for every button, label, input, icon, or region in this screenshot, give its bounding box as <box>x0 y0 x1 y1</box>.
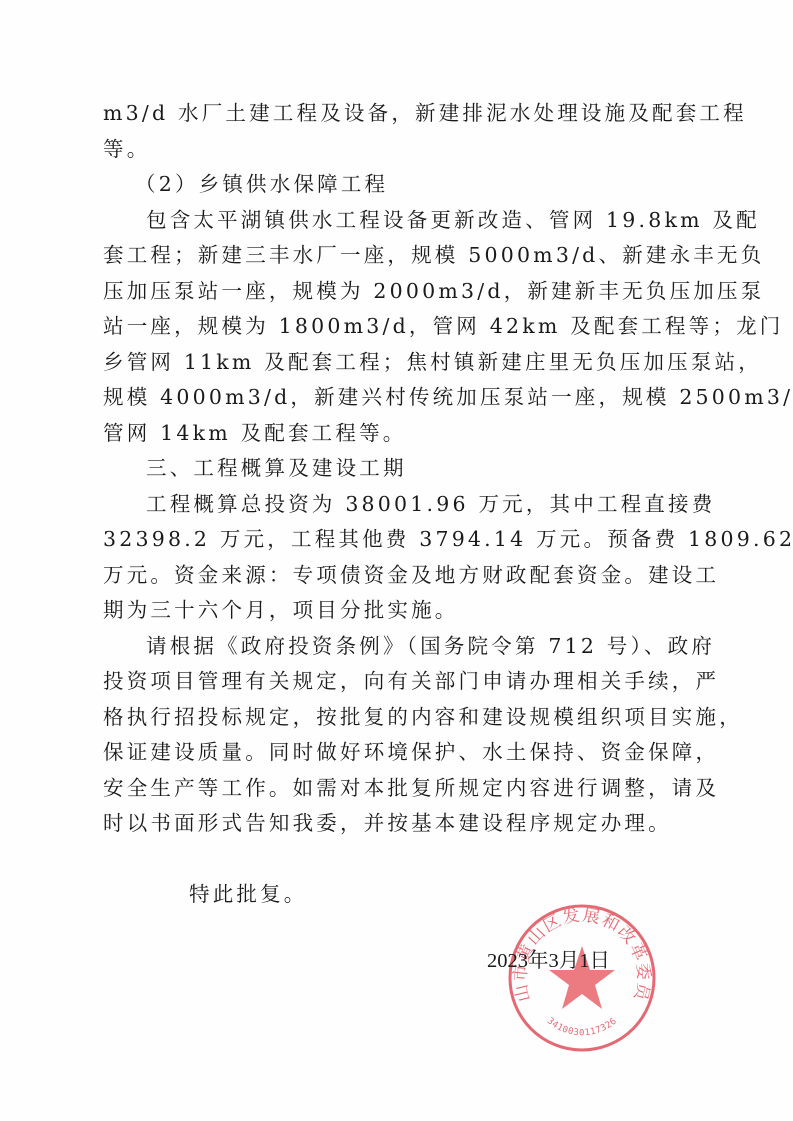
body-line: 请根据《政府投资条例》（国务院令第 712 号）、政府 <box>103 629 693 665</box>
official-seal-icon: 黄山市黄山区发展和改革委员会 3410030117326 <box>506 902 658 1054</box>
body-line: 万元。资金来源：专项债资金及地方财政配套资金。建设工 <box>103 558 693 594</box>
body-line: 投资项目管理有关规定，向有关部门申请办理相关手续，严 <box>103 664 693 700</box>
body-line: 工程概算总投资为 38001.96 万元，其中工程直接费 <box>103 487 693 523</box>
section-heading-budget-schedule: 三、工程概算及建设工期 <box>103 451 693 487</box>
body-line: 安全生产等工作。如需对本批复所规定内容进行调整，请及 <box>103 771 693 807</box>
body-line: 时以书面形式告知我委，并按基本建设程序规定办理。 <box>103 806 693 842</box>
body-line: 格执行招投标规定，按批复的内容和建设规模组织项目实施， <box>103 700 693 736</box>
document-body: m3/d 水厂土建工程及设备，新建排泥水处理设施及配套工程 等。 （2）乡镇供水… <box>103 96 693 913</box>
seal-code-text: 3410030117326 <box>545 1016 619 1038</box>
spacer <box>103 842 693 878</box>
body-line: 包含太平湖镇供水工程设备更新改造、管网 19.8km 及配 <box>103 203 693 239</box>
body-line: 套工程；新建三丰水厂一座，规模 5000m3/d、新建永丰无负 <box>103 238 693 274</box>
body-line: 期为三十六个月，项目分批实施。 <box>103 593 693 629</box>
svg-text:3410030117326: 3410030117326 <box>545 1016 619 1038</box>
body-line: 压加压泵站一座，规模为 2000m3/d，新建新丰无负压加压泵 <box>103 274 693 310</box>
body-line: 管网 14km 及配套工程等。 <box>103 416 693 452</box>
body-line: 规模 4000m3/d，新建兴村传统加压泵站一座，规模 2500m3/d、 <box>103 380 693 416</box>
body-line: 乡管网 11km 及配套工程；焦村镇新建庄里无负压加压泵站， <box>103 345 693 381</box>
body-line: 保证建设质量。同时做好环境保护、水土保持、资金保障， <box>103 735 693 771</box>
body-line: 等。 <box>103 132 693 168</box>
section-heading-township-water: （2）乡镇供水保障工程 <box>103 167 693 203</box>
body-line: 站一座，规模为 1800m3/d，管网 42km 及配套工程等；龙门 <box>103 309 693 345</box>
body-line: 32398.2 万元，工程其他费 3794.14 万元。预备费 1809.62 <box>103 522 693 558</box>
body-line: m3/d 水厂土建工程及设备，新建排泥水处理设施及配套工程 <box>103 96 693 132</box>
document-page: m3/d 水厂土建工程及设备，新建排泥水处理设施及配套工程 等。 （2）乡镇供水… <box>0 0 793 1121</box>
document-date: 2023年3月1日 <box>487 948 610 974</box>
